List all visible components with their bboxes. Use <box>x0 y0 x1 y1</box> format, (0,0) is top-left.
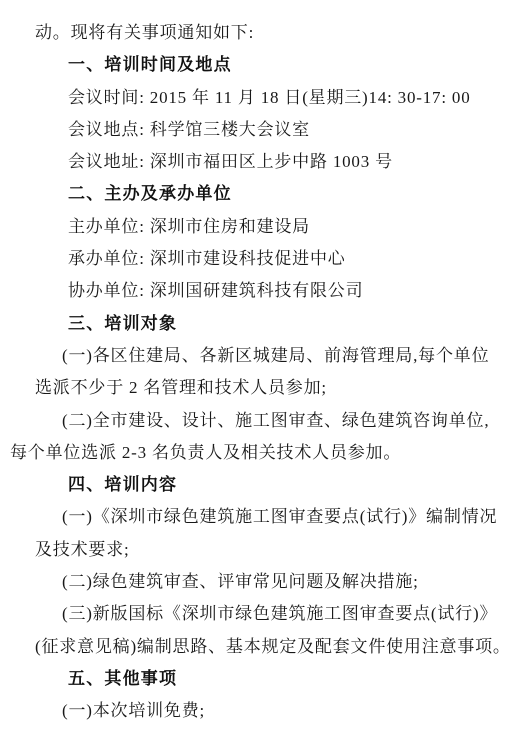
text-line: (一)《深圳市绿色建筑施工图审查要点(试行)》编制情况 <box>62 501 524 533</box>
section-heading: 一、培训时间及地点 <box>68 49 524 81</box>
text-line: 协办单位: 深圳国研建筑科技有限公司 <box>68 275 524 307</box>
text-line: (征求意见稿)编制思路、基本规定及配套文件使用注意事项。 <box>35 631 524 663</box>
section-heading: 五、其他事项 <box>68 663 524 695</box>
text-line: (二)绿色建筑审查、评审常见问题及解决措施; <box>62 566 524 598</box>
text-line: (一)各区住建局、各新区城建局、前海管理局,每个单位 <box>62 340 524 372</box>
text-line: 主办单位: 深圳市住房和建设局 <box>68 211 524 243</box>
text-line: 承办单位: 深圳市建设科技促进中心 <box>68 243 524 275</box>
text-line: (二)全市建设、设计、施工图审查、绿色建筑咨询单位, <box>62 405 524 437</box>
text-line: (三)新版国标《深圳市绿色建筑施工图审查要点(试行)》 <box>62 598 524 630</box>
text-line: 会议地点: 科学馆三楼大会议室 <box>68 114 524 146</box>
text-line: 会议时间: 2015 年 11 月 18 日(星期三)14: 30-17: 00 <box>68 82 524 114</box>
text-line: 选派不少于 2 名管理和技术人员参加; <box>35 372 524 404</box>
text-line: 动。现将有关事项通知如下: <box>35 17 524 49</box>
text-line: 会议地址: 深圳市福田区上步中路 1003 号 <box>68 146 524 178</box>
section-heading: 三、培训对象 <box>68 308 524 340</box>
text-line: (一)本次培训免费; <box>62 695 524 727</box>
document-text-block: 动。现将有关事项通知如下:一、培训时间及地点会议时间: 2015 年 11 月 … <box>0 17 524 728</box>
section-heading: 二、主办及承办单位 <box>68 178 524 210</box>
section-heading: 四、培训内容 <box>68 469 524 501</box>
text-line: 每个单位选派 2-3 名负责人及相关技术人员参加。 <box>10 437 524 469</box>
text-line: 及技术要求; <box>35 534 524 566</box>
document-page: 动。现将有关事项通知如下:一、培训时间及地点会议时间: 2015 年 11 月 … <box>0 0 524 736</box>
